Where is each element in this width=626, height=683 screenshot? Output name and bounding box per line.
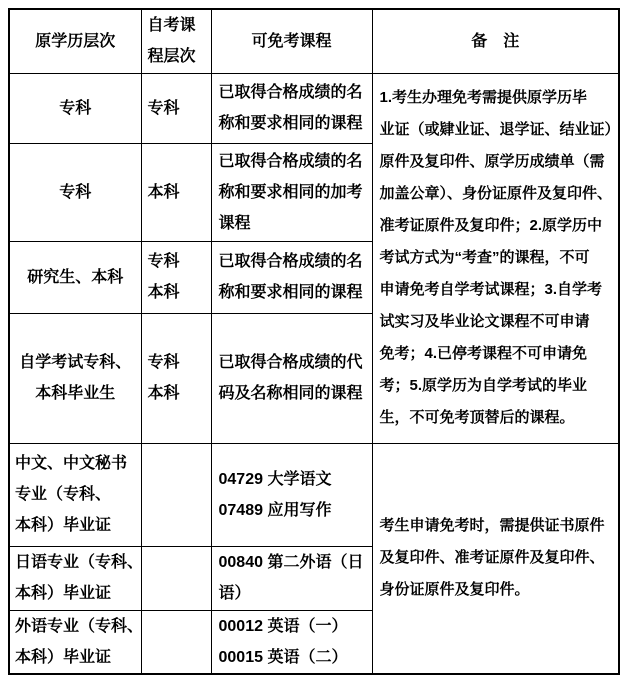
cell-course-level: 专科 本科 [141,313,211,443]
header-course-level: 自考课 程层次 [141,9,211,73]
cell-original-level: 专科 [9,143,141,241]
header-original-level: 原学历层次 [9,9,141,73]
table-row: 中文、中文秘书 专业（专科、 本科）毕业证 04729 大学语文 07489 应… [9,443,619,546]
cell-course-level [141,610,211,674]
cell-exempt-courses: 00012 英语（一） 00015 英语（二） [211,610,372,674]
cell-course-level [141,546,211,610]
cell-remarks-block-2: 考生申请免考时，需提供证书原件 及复印件、准考证原件及复印件、 身份证原件及复印… [372,443,619,674]
cell-original-level: 专科 [9,73,141,143]
cell-exempt-courses: 已取得合格成绩的名 称和要求相同的加考 课程 [211,143,372,241]
header-remarks: 备 注 [372,9,619,73]
cell-exempt-courses: 04729 大学语文 07489 应用写作 [211,443,372,546]
table-row: 专科 专科 已取得合格成绩的名 称和要求相同的课程 1.考生办理免考需提供原学历… [9,73,619,143]
cell-original-level: 外语专业（专科、 本科）毕业证 [9,610,141,674]
header-row: 原学历层次 自考课 程层次 可免考课程 备 注 [9,9,619,73]
cell-original-level: 自学考试专科、 本科毕业生 [9,313,141,443]
cell-course-level [141,443,211,546]
cell-course-level: 本科 [141,143,211,241]
cell-original-level: 日语专业（专科、 本科）毕业证 [9,546,141,610]
cell-course-level: 专科 本科 [141,241,211,313]
page: 原学历层次 自考课 程层次 可免考课程 备 注 专科 专科 已取得合格成绩的名 … [0,0,626,683]
cell-exempt-courses: 00840 第二外语（日 语） [211,546,372,610]
cell-exempt-courses: 已取得合格成绩的代 码及名称相同的课程 [211,313,372,443]
exemption-table: 原学历层次 自考课 程层次 可免考课程 备 注 专科 专科 已取得合格成绩的名 … [8,8,620,675]
cell-remarks-block-1: 1.考生办理免考需提供原学历毕 业证（或肄业证、退学证、结业证） 原件及复印件、… [372,73,619,443]
header-exempt-courses: 可免考课程 [211,9,372,73]
cell-exempt-courses: 已取得合格成绩的名 称和要求相同的课程 [211,73,372,143]
cell-original-level: 中文、中文秘书 专业（专科、 本科）毕业证 [9,443,141,546]
cell-course-level: 专科 [141,73,211,143]
cell-exempt-courses: 已取得合格成绩的名 称和要求相同的课程 [211,241,372,313]
cell-original-level: 研究生、本科 [9,241,141,313]
